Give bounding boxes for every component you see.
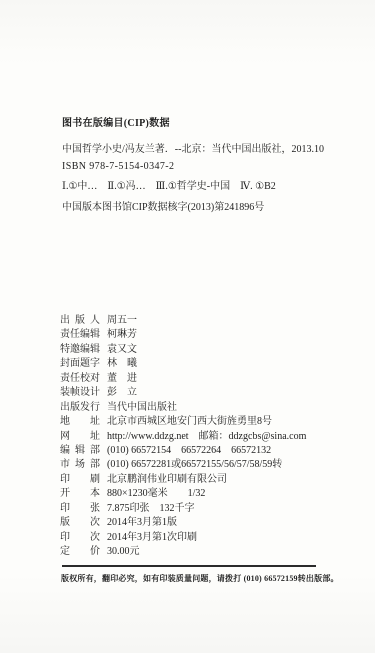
cip-registration-line: 中国版本图书馆CIP数据核字(2013)第241896号 [62,202,352,214]
colophon-label: 责任编辑 [60,328,100,342]
colophon-row-price: 定价30.00元 [60,545,365,559]
cip-isbn-line: ISBN 978-7-5154-0347-2 [62,161,352,173]
colophon-row-proofreader: 责任校对董 进 [60,372,365,386]
colophon-row-invited-editor: 特邀编辑袁又文 [60,343,365,357]
colophon-row-publisher-person: 出版人周五一 [60,314,365,328]
colophon-value: (010) 66572281或66572155/56/57/58/59转 [107,459,282,470]
divider-rule [62,565,316,567]
colophon-row-website: 网址http://www.ddzg.net 邮箱：ddzgcbs@sina.co… [60,430,365,444]
colophon-row-publisher: 出版发行当代中国出版社 [60,401,365,415]
colophon-row-marketing-dept: 市场部(010) 66572281或66572155/56/57/58/59转 [60,458,365,472]
colophon-row-editor: 责任编辑柯琳芳 [60,328,365,342]
colophon-value: 2014年3月第1次印刷 [107,532,197,543]
colophon-label: 印张 [60,502,100,516]
colophon-label: 出版发行 [60,401,100,415]
colophon-row-printer: 印刷北京鹏润伟业印刷有限公司 [60,473,365,487]
colophon-label: 责任校对 [60,372,100,386]
colophon-value: 周五一 [107,315,137,326]
colophon-block: 出版人周五一 责任编辑柯琳芳 特邀编辑袁又文 封面题字林 曦 责任校对董 进 装… [60,314,365,559]
book-copyright-page: 图书在版编目(CIP)数据 中国哲学小史/冯友兰著．--北京：当代中国出版社，2… [0,0,375,653]
colophon-label: 市场部 [60,458,100,472]
colophon-label: 编辑部 [60,444,100,458]
cip-title-line: 中国哲学小史/冯友兰著．--北京：当代中国出版社，2013.10 [62,144,352,156]
colophon-value: 当代中国出版社 [107,402,177,413]
colophon-label: 地址 [60,415,100,429]
colophon-label: 印次 [60,531,100,545]
colophon-row-designer: 装帧设计彭 立 [60,386,365,400]
colophon-value: 北京市西城区地安门西大街旌勇里8号 [107,416,272,427]
colophon-row-address: 地址北京市西城区地安门西大街旌勇里8号 [60,415,365,429]
colophon-label: 封面题字 [60,357,100,371]
cip-heading: 图书在版编目(CIP)数据 [62,118,352,130]
colophon-value: 2014年3月第1版 [107,517,177,528]
colophon-row-cover-calligraphy: 封面题字林 曦 [60,357,365,371]
cip-block: 图书在版编目(CIP)数据 中国哲学小史/冯友兰著．--北京：当代中国出版社，2… [62,118,352,214]
colophon-label: 特邀编辑 [60,343,100,357]
colophon-value: 林 曦 [107,358,137,369]
colophon-value: http://www.ddzg.net 邮箱：ddzgcbs@sina.com [107,431,306,442]
colophon-label: 网址 [60,430,100,444]
colophon-value: 袁又文 [107,344,137,355]
colophon-label: 开本 [60,487,100,501]
colophon-value: 董 进 [107,373,137,384]
colophon-value: 30.00元 [107,546,140,557]
colophon-row-format: 开本880×1230毫米 1/32 [60,487,365,501]
colophon-value: 880×1230毫米 1/32 [107,488,205,499]
colophon-value: (010) 66572154 66572264 66572132 [107,445,271,456]
colophon-label: 印刷 [60,473,100,487]
colophon-value: 7.875印张 132千字 [107,503,195,514]
colophon-label: 出版人 [60,314,100,328]
colophon-row-editorial-dept: 编辑部(010) 66572154 66572264 66572132 [60,444,365,458]
colophon-label: 装帧设计 [60,386,100,400]
colophon-value: 柯琳芳 [107,329,137,340]
copyright-warning-note: 版权所有，翻印必究，如有印装质量问题，请拨打 (010) 66572159转出版… [61,573,361,584]
colophon-label: 版次 [60,516,100,530]
colophon-value: 彭 立 [107,387,137,398]
colophon-row-sheets: 印张7.875印张 132千字 [60,502,365,516]
colophon-value: 北京鹏润伟业印刷有限公司 [107,474,227,485]
colophon-row-edition: 版次2014年3月第1版 [60,516,365,530]
colophon-label: 定价 [60,545,100,559]
colophon-row-impression: 印次2014年3月第1次印刷 [60,531,365,545]
cip-classification-line: Ⅰ.①中… Ⅱ.①冯… Ⅲ.①哲学史-中国 Ⅳ. ①B2 [62,181,352,193]
